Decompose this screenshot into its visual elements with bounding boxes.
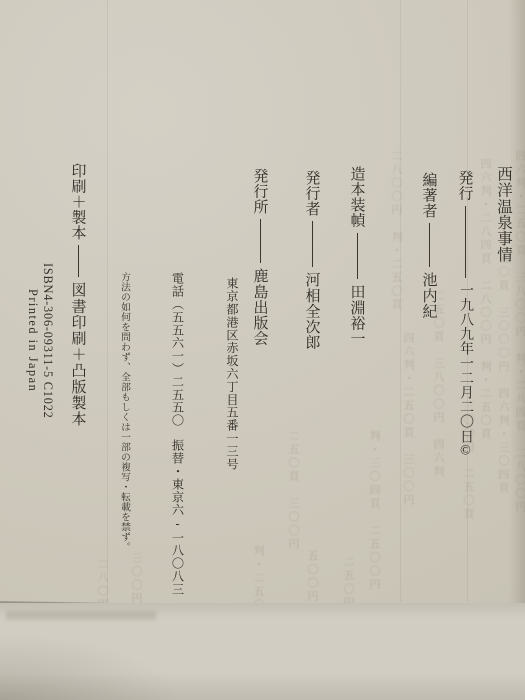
leader-line	[465, 206, 466, 278]
page-right-edge-shadow	[509, 0, 525, 604]
ghost-text-column: 三〇〇円	[128, 552, 144, 606]
ghost-text-column: 五〇〇円	[304, 550, 320, 604]
ghost-text-column: 二五〇頁 三〇〇円	[285, 430, 301, 552]
publisher-address: 東京都港区赤坂六丁目五番一三号	[224, 277, 241, 471]
ghost-text-column: 二五〇円	[340, 556, 356, 610]
isbn-number: ISBN4-306-09311-5 C1022	[40, 263, 55, 419]
publisher-office-label: 発行所	[250, 168, 271, 214]
book-designer-name: 田淵裕一	[347, 284, 368, 346]
paper-crease	[400, 0, 401, 602]
editor-name: 池内紀	[419, 272, 440, 319]
publisher-person-name: 河相全次郎	[302, 272, 323, 350]
printing-company: 図書印刷＋凸版製本	[68, 282, 89, 427]
publication-date-entry: 発行 一九八九年一二月二〇日©	[453, 170, 477, 459]
postal-transfer-number: 振替・東京六‐一八〇八三	[170, 439, 187, 596]
ghost-text-column: 四六判・二五〇頁 三〇〇円	[400, 332, 416, 508]
book-design-entry: 造本装幀 田淵裕一	[345, 166, 369, 346]
underlying-page	[0, 603, 525, 700]
book-design-label: 造本装幀	[347, 166, 368, 228]
ghost-text-column: 判・三〇四頁 二五〇〇円	[366, 430, 382, 592]
ghost-smudge	[6, 611, 156, 620]
editor-label: 編著者	[419, 172, 440, 218]
leader-line	[260, 219, 261, 263]
ghost-text-column: 四六判・二八四頁 二八〇〇円 判・二五〇頁	[477, 158, 493, 442]
ghost-text-column: 二八〇〇円 判・二五〇頁	[388, 150, 404, 312]
publisher-office-entry: 発行所 鹿島出版会	[248, 168, 272, 346]
publication-date: 一九八九年一二月二〇日©	[455, 283, 475, 459]
leader-line	[357, 233, 358, 279]
printing-label: 印刷＋製本	[68, 163, 89, 240]
publisher-person-label: 発行者	[302, 170, 323, 216]
publication-label: 発行	[455, 170, 476, 201]
publisher-office-name: 鹿島出版会	[250, 268, 271, 346]
printing-entry: 印刷＋製本 図書印刷＋凸版製本	[66, 163, 90, 427]
leader-line	[78, 245, 79, 277]
printed-in-japan: Printed in Japan	[25, 289, 40, 392]
leader-line	[312, 221, 313, 267]
phone-transfer-column: 電話（五五六一）二五五〇 振替・東京六‐一八〇八三	[166, 272, 190, 595]
editor-entry: 編著者 池内紀	[417, 172, 441, 319]
publisher-person-entry: 発行者 河相全次郎	[300, 170, 324, 350]
rights-notice: 方法の如何を問わず、全部もしくは一部の複写・転載を禁ず。	[117, 272, 131, 552]
paper-crease	[107, 0, 108, 602]
leader-line	[429, 223, 430, 267]
phone-number: 電話（五五六一）二五五〇	[170, 272, 187, 427]
book-title: 西洋温泉事情	[492, 166, 514, 263]
book-colophon-page: 四六判・二五〇頁 三八〇〇円 判・二八四頁 二八〇〇円 判・二五〇頁 三〇〇〇円…	[0, 0, 525, 700]
